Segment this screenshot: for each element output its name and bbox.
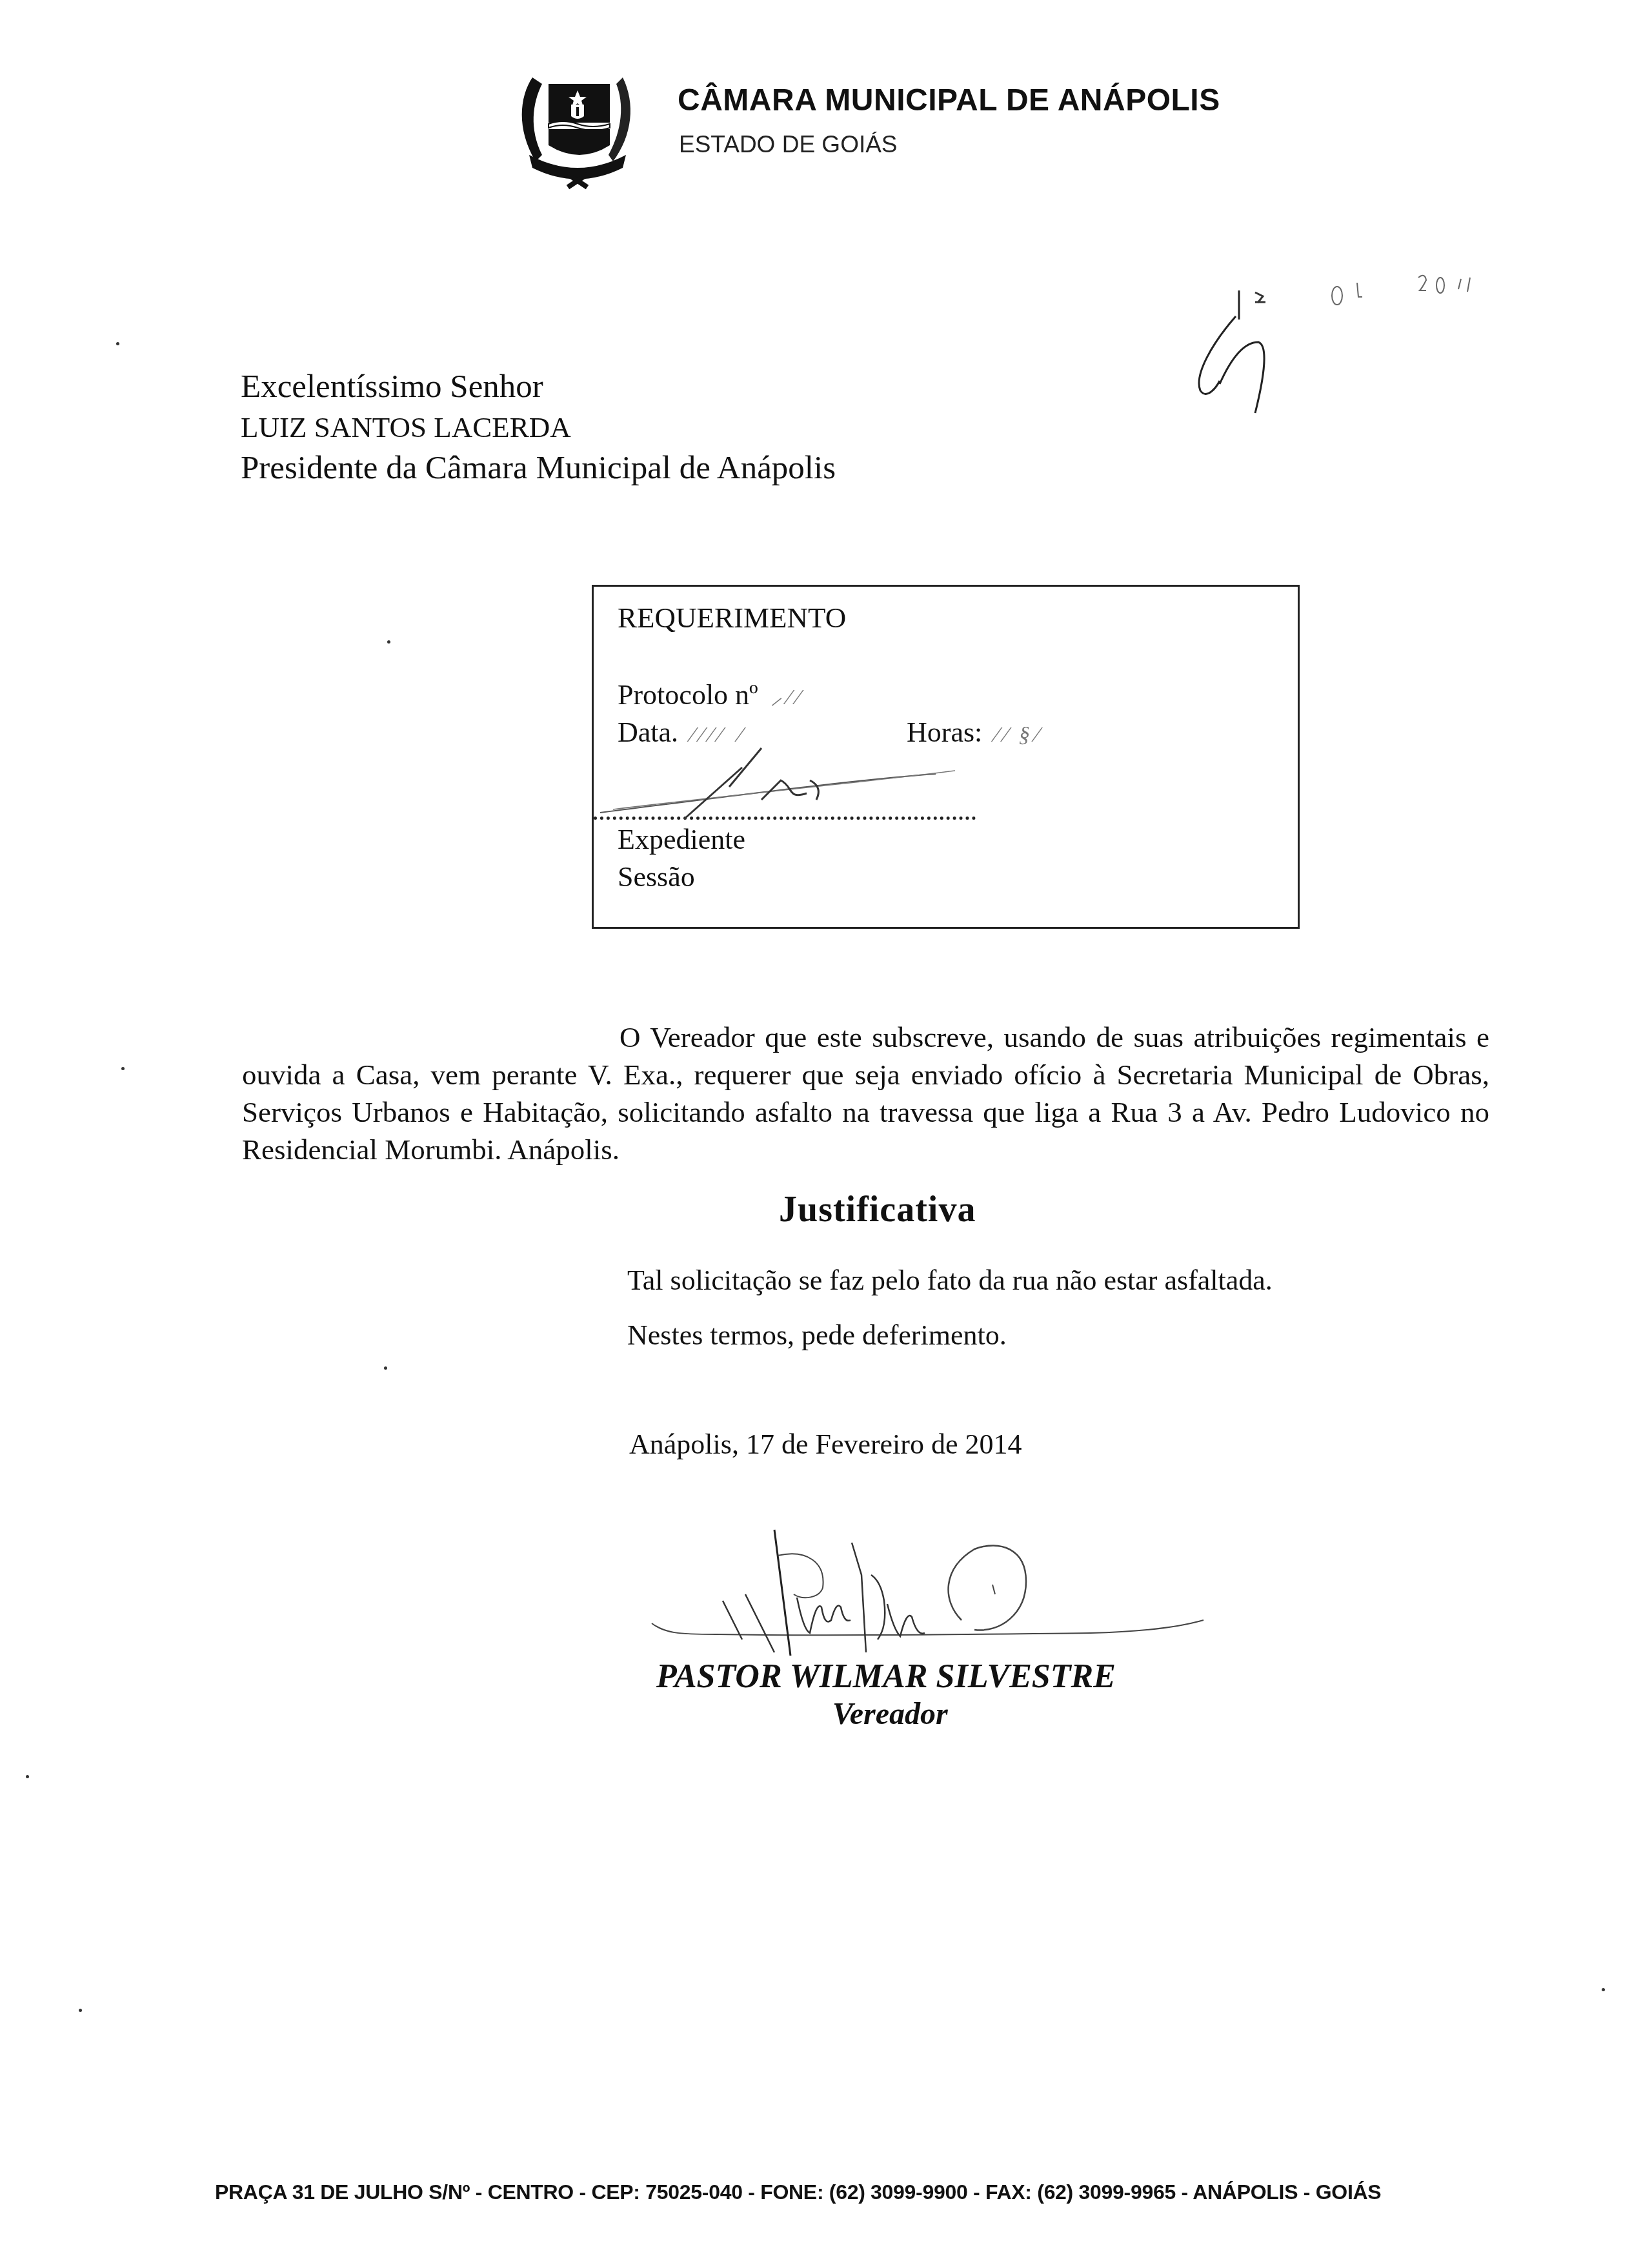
request-paragraph: O Vereador que este subscreve, usando de… xyxy=(242,1019,1489,1168)
protocol-box-title: REQUERIMENTO xyxy=(618,601,846,634)
scan-speck xyxy=(116,342,119,345)
session-label: Sessão xyxy=(618,860,695,893)
scan-speck xyxy=(384,1366,387,1370)
scan-speck xyxy=(79,2009,82,2012)
scan-speck xyxy=(26,1775,29,1778)
addressee-name: LUIZ SANTOS LACERDA xyxy=(241,407,836,448)
handwritten-signature xyxy=(639,1523,1245,1672)
handwritten-date: ⁄ ⁄ ⁄ ⁄ ⁄ xyxy=(685,723,742,747)
protocol-time-label: Horas: xyxy=(907,716,982,748)
justification-text: Tal solicitação se faz pelo fato da rua … xyxy=(627,1264,1273,1297)
handwritten-receipt-mark xyxy=(1174,226,1626,445)
addressee-block: Excelentíssimo Senhor LUIZ SANTOS LACERD… xyxy=(241,367,836,489)
scan-speck xyxy=(121,1067,125,1070)
organization-name: CÂMARA MUNICIPAL DE ANÁPOLIS xyxy=(678,83,1220,118)
protocol-number-field: Protocolo nº ⸝ ⁄ ⁄ xyxy=(618,678,800,711)
protocol-number-label: Protocolo nº xyxy=(618,679,758,711)
justification-heading: Justificativa xyxy=(779,1189,976,1230)
request-paragraph-text: O Vereador que este subscreve, usando de… xyxy=(242,1021,1489,1166)
protocol-date-field: Data. ⁄ ⁄ ⁄ ⁄ ⁄ xyxy=(618,716,742,749)
scan-speck xyxy=(1602,1988,1605,1991)
handwritten-time: ⁄ ⁄ § ⁄ xyxy=(989,723,1039,747)
place-date-line: Anápolis, 17 de Fevereiro de 2014 xyxy=(629,1428,1022,1461)
addressee-salutation: Excelentíssimo Senhor xyxy=(241,367,836,407)
signature-dotted-line xyxy=(594,817,976,820)
signer-name: PASTOR WILMAR SILVESTRE xyxy=(656,1658,1116,1696)
protocol-date-label: Data. xyxy=(618,716,678,748)
protocol-time-field: Horas: ⁄ ⁄ § ⁄ xyxy=(907,716,1039,749)
coat-of-arms-icon xyxy=(513,65,642,194)
expedient-label: Expediente xyxy=(618,823,745,856)
signer-role: Vereador xyxy=(832,1696,948,1732)
scan-speck xyxy=(387,640,390,644)
protocol-box: REQUERIMENTO Protocolo nº ⸝ ⁄ ⁄ Data. ⁄ … xyxy=(592,585,1300,929)
closing-text: Nestes termos, pede deferimento. xyxy=(627,1319,1007,1352)
handwritten-protocol-number: ⸝ ⁄ ⁄ xyxy=(765,685,800,709)
footer-address: PRAÇA 31 DE JULHO S/Nº - CENTRO - CEP: 7… xyxy=(215,2180,1381,2204)
organization-state: ESTADO DE GOIÁS xyxy=(679,131,898,158)
addressee-title: Presidente da Câmara Municipal de Anápol… xyxy=(241,448,836,489)
